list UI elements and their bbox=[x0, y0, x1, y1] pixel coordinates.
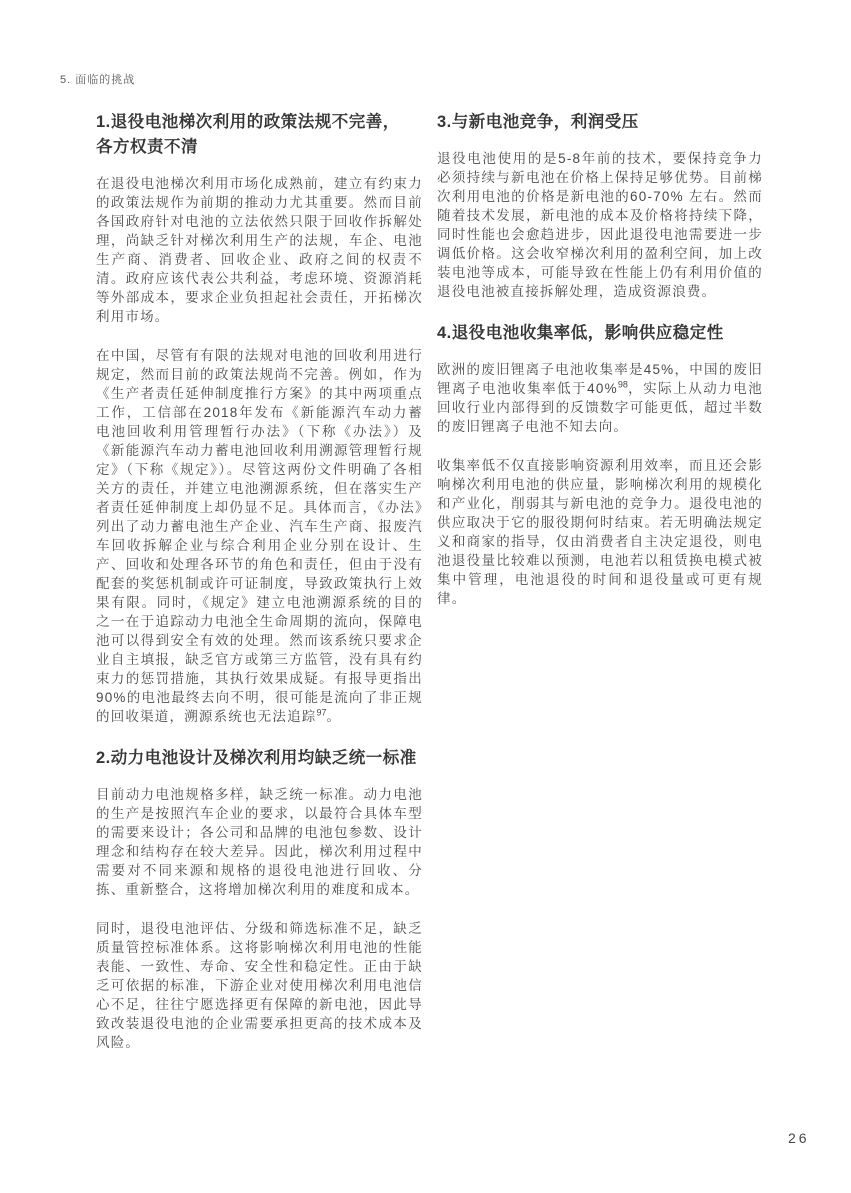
page-number: 26 bbox=[788, 1130, 810, 1146]
paragraph-supply-stability: 收集率低不仅直接影响资源利用效率，而且还会影响梯次利用电池的供应量，影响梯次利用… bbox=[437, 456, 763, 608]
paragraph-policy-intro: 在退役电池梯次利用市场化成熟前，建立有约束力的政策法规作为前期的推动力尤其重要。… bbox=[96, 174, 423, 326]
left-column: 1.退役电池梯次利用的政策法规不完善，各方权责不清 在退役电池梯次利用市场化成熟… bbox=[96, 110, 423, 1072]
running-header: 5. 面临的挑战 bbox=[60, 71, 135, 87]
footnote-ref-98: 98 bbox=[618, 380, 628, 390]
paragraph-text: 。 bbox=[327, 709, 342, 724]
footnote-ref-97: 97 bbox=[317, 708, 327, 718]
paragraph-price-competition: 退役电池使用的是5-8年前的技术，要保持竞争力必须持续与新电池在价格上保持足够优… bbox=[437, 149, 763, 301]
paragraph-text: 在中国，尽管有有限的法规对电池的回收利用进行规定，然而目前的政策法规尚不完善。例… bbox=[96, 348, 423, 724]
document-page: 5. 面临的挑战 1.退役电池梯次利用的政策法规不完善，各方权责不清 在退役电池… bbox=[0, 0, 851, 1193]
paragraph-china-regulations: 在中国，尽管有有限的法规对电池的回收利用进行规定，然而目前的政策法规尚不完善。例… bbox=[96, 346, 423, 726]
section-heading-policy-regulations: 1.退役电池梯次利用的政策法规不完善，各方权责不清 bbox=[96, 110, 401, 160]
section-heading-collection-rate: 4.退役电池收集率低，影响供应稳定性 bbox=[437, 321, 763, 346]
section-heading-competition: 3.与新电池竞争，利润受压 bbox=[437, 110, 763, 135]
paragraph-quality-standards: 同时，退役电池评估、分级和筛选标准不足，缺乏质量管控标准体系。这将影响梯次利用电… bbox=[96, 919, 423, 1052]
right-column: 3.与新电池竞争，利润受压 退役电池使用的是5-8年前的技术，要保持竞争力必须持… bbox=[437, 110, 763, 628]
section-heading-standards: 2.动力电池设计及梯次利用均缺乏统一标准 bbox=[96, 746, 423, 771]
paragraph-collection-rate: 欧洲的废旧锂离子电池收集率是45%，中国的废旧锂离子电池收集率低于40%98，实… bbox=[437, 360, 763, 436]
paragraph-battery-specs: 目前动力电池规格多样，缺乏统一标准。动力电池的生产是按照汽车企业的要求，以最符合… bbox=[96, 785, 423, 899]
